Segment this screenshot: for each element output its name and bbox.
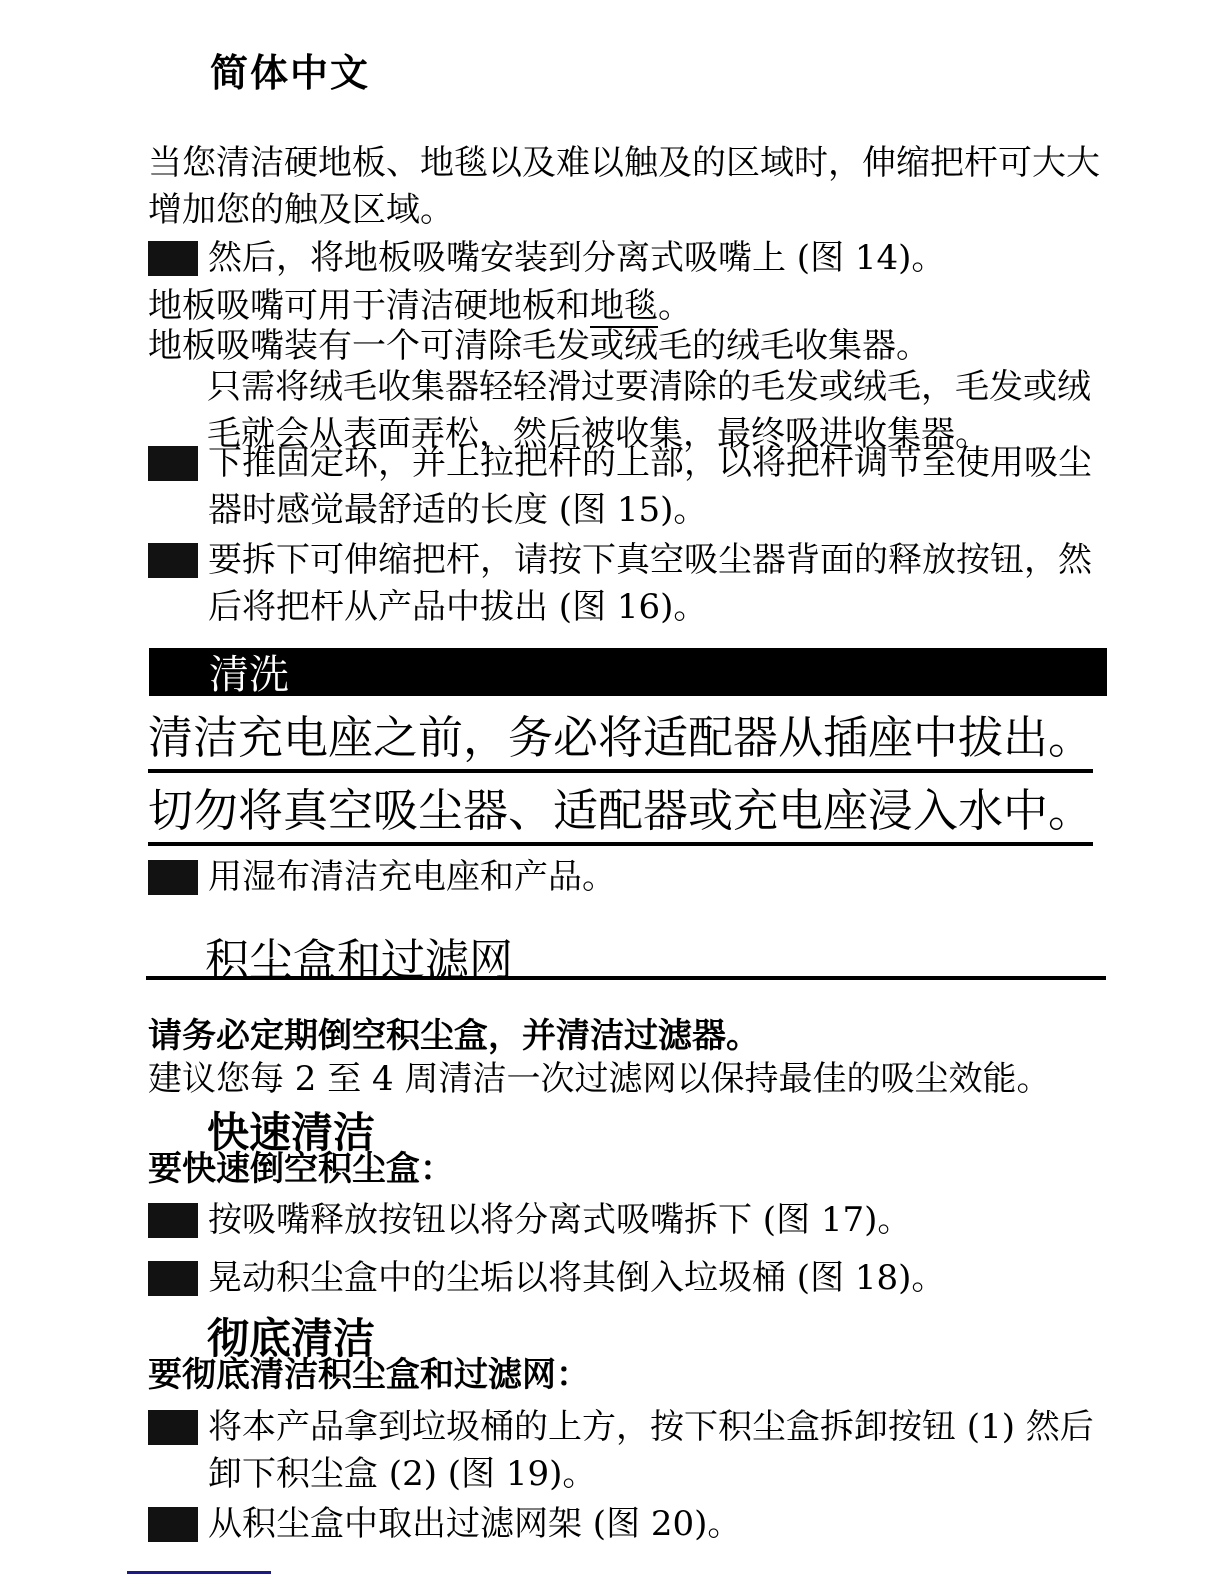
bullet-text: 要拆下可伸缩把杆，请按下真空吸尘器背面的释放按钮，然 后将把杆从产品中拔出 (图… (208, 537, 1092, 631)
bullet-text: 然后，将地板吸嘴安装到分离式吸嘴上 (图 14)。 (208, 235, 945, 282)
bullet-marker-icon (148, 446, 198, 481)
bullet-line: 从积尘盒中取出过滤网架 (图 20)。 (208, 1501, 741, 1548)
bullet-item: 将本产品拿到垃圾桶的上方，按下积尘盒拆卸按钮 (1) 然后 卸下积尘盒 (2) … (148, 1404, 1094, 1498)
bullet-marker-icon (148, 1203, 198, 1238)
warning-line-2: 切勿将真空吸尘器、适配器或充电座浸入水中。 (148, 785, 1093, 846)
bullet-item: 从积尘盒中取出过滤网架 (图 20)。 (148, 1501, 741, 1548)
bullet-text: 晃动积尘盒中的尘垢以将其倒入垃圾桶 (图 18)。 (208, 1255, 945, 1302)
bullet-line: 要拆下可伸缩把杆，请按下真空吸尘器背面的释放按钮，然 (208, 537, 1092, 584)
bullet-line: 按吸嘴释放按钮以将分离式吸嘴拆下 (图 17)。 (208, 1197, 911, 1244)
bullet-line: 器时感觉最舒适的长度 (图 15)。 (208, 487, 1092, 534)
bullet-item: 下推固定环，并上拉把杆的上部，以将把杆调节至使用吸尘 器时感觉最舒适的长度 (图… (148, 440, 1092, 534)
usage-text: 。 (658, 286, 692, 326)
usage-text: 地板吸嘴可用于清洁硬地板和 (148, 286, 590, 326)
paragraph-line: 只需将绒毛收集器轻轻滑过要清除的毛发或绒毛，毛发或绒 (207, 364, 1091, 411)
bullet-text: 将本产品拿到垃圾桶的上方，按下积尘盒拆卸按钮 (1) 然后 卸下积尘盒 (2) … (208, 1404, 1094, 1498)
bullet-line: 用湿布清洁充电座和产品。 (208, 854, 616, 901)
dustbin-note: 建议您每 2 至 4 周清洁一次过滤网以保持最佳的吸尘效能。 (148, 1056, 1051, 1103)
bullet-line: 然后，将地板吸嘴安装到分离式吸嘴上 (图 14)。 (208, 235, 945, 282)
warning-line-1: 清洁充电座之前，务必将适配器从插座中拔出。 (148, 712, 1093, 773)
bullet-marker-icon (148, 1410, 198, 1445)
bullet-text: 按吸嘴释放按钮以将分离式吸嘴拆下 (图 17)。 (208, 1197, 911, 1244)
bullet-line: 后将把杆从产品中拔出 (图 16)。 (208, 584, 1092, 631)
lint-collector-line: 地板吸嘴装有一个可清除毛发或绒毛的绒毛收集器。 (148, 323, 930, 370)
bullet-marker-icon (148, 1507, 198, 1542)
bullet-text: 从积尘盒中取出过滤网架 (图 20)。 (208, 1501, 741, 1548)
bullet-marker-icon (148, 1261, 198, 1296)
bullet-text: 用湿布清洁充电座和产品。 (208, 854, 616, 901)
paragraph-line: 增加您的触及区域。 (148, 187, 1100, 234)
page-title: 简体中文 (210, 42, 370, 97)
bullet-line: 下推固定环，并上拉把杆的上部，以将把杆调节至使用吸尘 (208, 440, 1092, 487)
bullet-item: 用湿布清洁充电座和产品。 (148, 854, 616, 901)
bullet-marker-icon (148, 860, 198, 895)
bullet-item: 然后，将地板吸嘴安装到分离式吸嘴上 (图 14)。 (148, 235, 945, 282)
paragraph-line: 当您清洁硬地板、地毯以及难以触及的区域时，伸缩把杆可大大 (148, 140, 1100, 187)
dustbin-note-bold: 请务必定期倒空积尘盒，并清洁过滤器。 (148, 1013, 760, 1060)
quick-clean-intro: 要快速倒空积尘盒： (148, 1146, 454, 1193)
section-heading-rule (146, 976, 1106, 980)
bullet-line: 晃动积尘盒中的尘垢以将其倒入垃圾桶 (图 18)。 (208, 1255, 945, 1302)
bullet-item: 按吸嘴释放按钮以将分离式吸嘴拆下 (图 17)。 (148, 1197, 911, 1244)
bullet-item: 晃动积尘盒中的尘垢以将其倒入垃圾桶 (图 18)。 (148, 1255, 945, 1302)
bullet-marker-icon (148, 543, 198, 578)
section-banner-title: 清洗 (209, 655, 289, 695)
manual-page: 简体中文 当您清洁硬地板、地毯以及难以触及的区域时，伸缩把杆可大大 增加您的触及… (0, 0, 1224, 1584)
thorough-clean-intro: 要彻底清洁积尘盒和过滤网： (148, 1352, 590, 1399)
bullet-line: 将本产品拿到垃圾桶的上方，按下积尘盒拆卸按钮 (1) 然后 (208, 1404, 1094, 1451)
bullet-marker-icon (148, 241, 198, 276)
usage-underlined-word: 地毯 (590, 286, 658, 328)
section-banner: 清洗 (149, 648, 1107, 696)
footer-rule (127, 1571, 271, 1574)
bullet-text: 下推固定环，并上拉把杆的上部，以将把杆调节至使用吸尘 器时感觉最舒适的长度 (图… (208, 440, 1092, 534)
intro-paragraph: 当您清洁硬地板、地毯以及难以触及的区域时，伸缩把杆可大大 增加您的触及区域。 (148, 140, 1100, 234)
bullet-item: 要拆下可伸缩把杆，请按下真空吸尘器背面的释放按钮，然 后将把杆从产品中拔出 (图… (148, 537, 1092, 631)
bullet-line: 卸下积尘盒 (2) (图 19)。 (208, 1451, 1094, 1498)
